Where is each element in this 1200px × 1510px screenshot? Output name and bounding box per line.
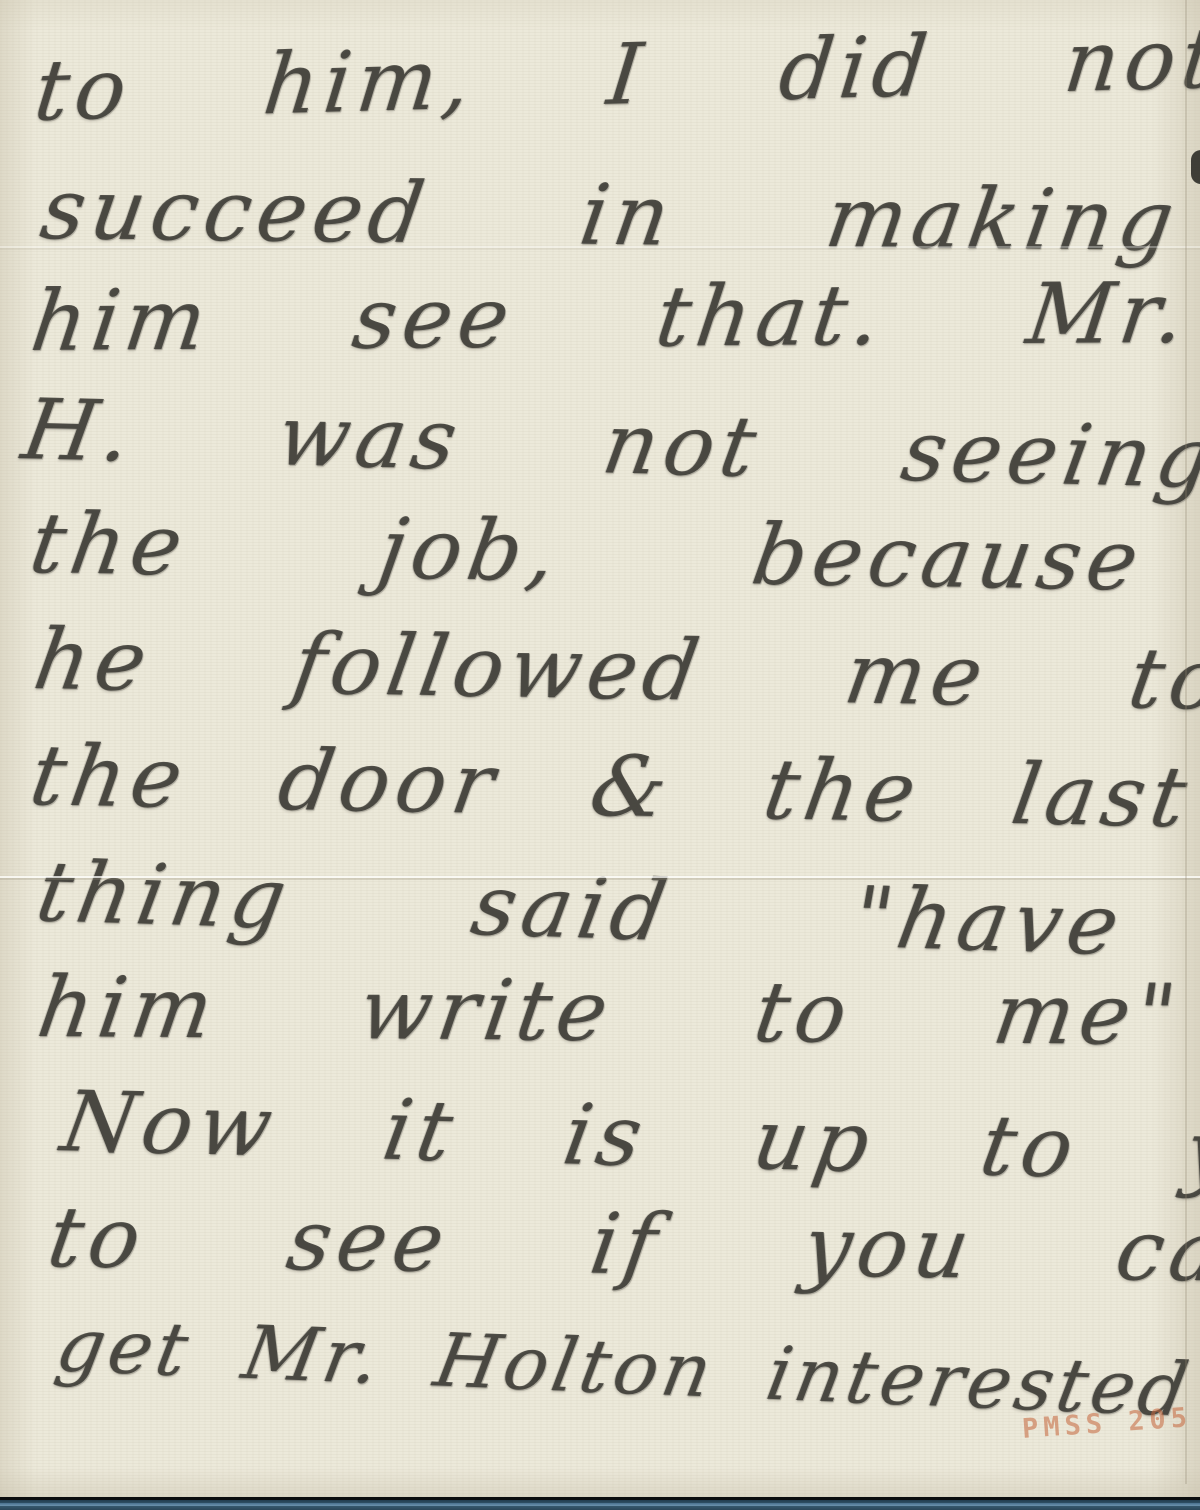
paper-crease-faint [0,246,1200,250]
handwriting-line-4: H. was not seeing [16,380,1200,507]
handwriting-line-10: Now it is up to you [55,1072,1200,1203]
paper-right-edge [1185,0,1187,1484]
paper-fold-crease [0,876,1200,880]
handwriting-line-1: to him, I did not [30,9,1200,140]
handwriting-line-2: succeed in making [35,160,1186,270]
handwriting-line-11: to see if you can [42,1188,1200,1301]
handwriting-line-7: the door & the last [24,726,1199,846]
scanner-bottom-edge [0,1497,1200,1510]
handwriting-line-9: him write to me" [32,958,1188,1064]
handwriting-line-8: thing said "have [30,842,1132,974]
letter-page: to him, I did not succeed in making him … [0,0,1200,1497]
handwriting-line-6: he followed me to [28,610,1200,729]
right-edge-ink-mark [1191,150,1200,184]
handwriting-line-5: the job, because [24,494,1151,609]
handwriting-line-3: him see that. Mr. [26,264,1196,370]
